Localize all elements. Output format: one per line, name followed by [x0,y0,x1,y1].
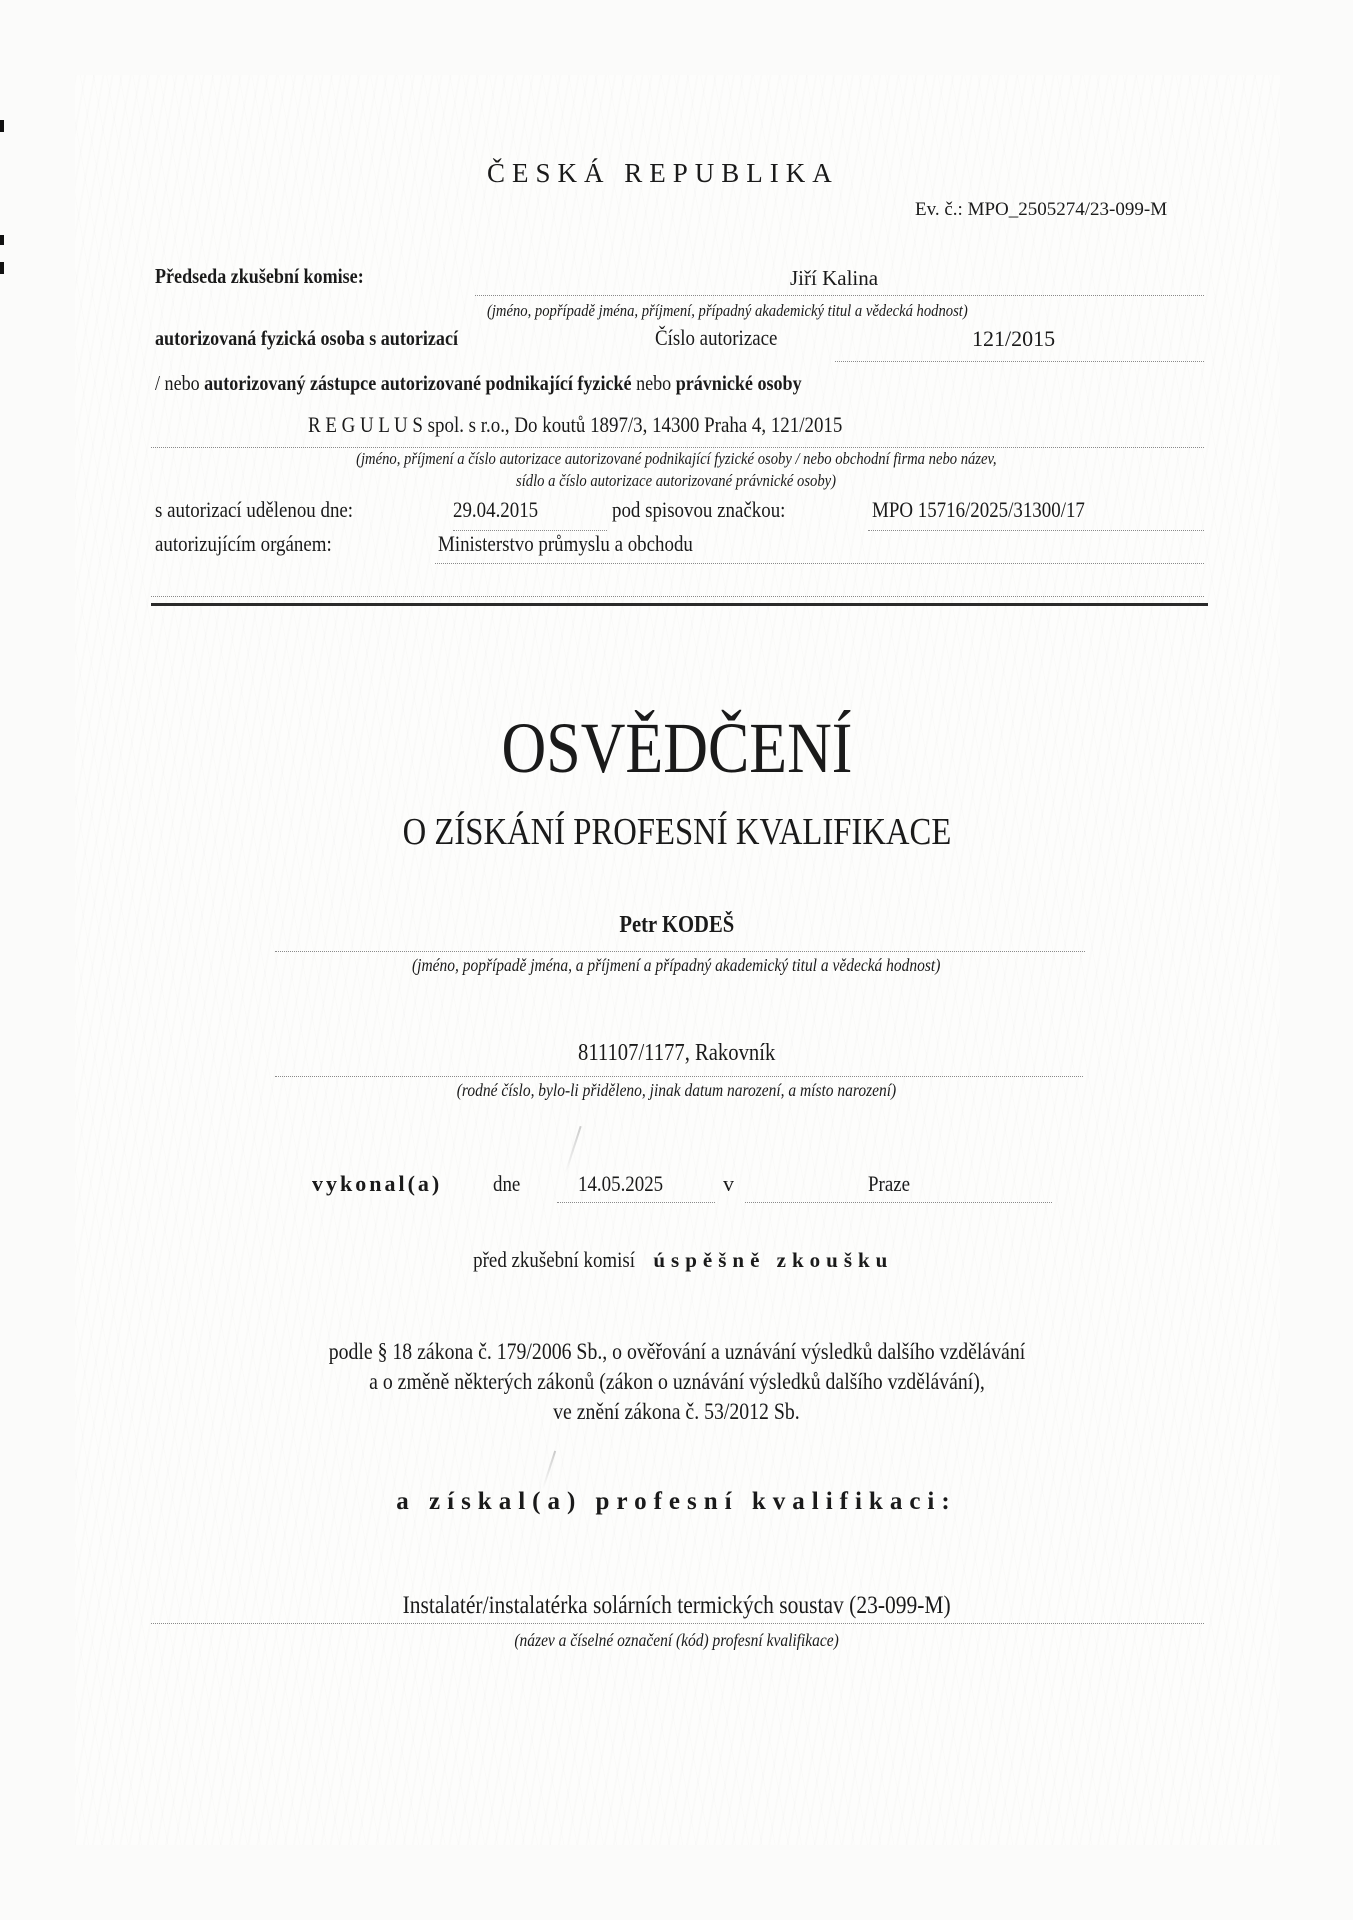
authorization-number-label: Číslo autorizace [655,325,797,351]
exam-place-line [745,1202,1052,1203]
place-label: v [723,1171,734,1197]
separator-rule [151,603,1208,606]
birth-info-hint: (rodné číslo, bylo-li přiděleno, jinak d… [0,1080,1353,1101]
scan-edge-mark [0,120,4,132]
scan-edge-mark [0,262,4,274]
exam-place: Praze [868,1171,917,1197]
birth-info: 811107/1177, Rakovník [0,1040,1353,1067]
file-ref-line [868,530,1204,531]
exam-date-line [557,1202,715,1203]
granted-label: s autorizací udělenou dne: [155,497,385,523]
authority: Ministerstvo průmyslu a obchodu [438,531,734,557]
chair-label: Předseda zkušební komise: [155,264,398,289]
certificate-subtitle: O ZÍSKÁNÍ PROFESNÍ KVALIFIKACE [0,810,1353,854]
obtained-label: a získal(a) profesní kvalifikaci: [0,1488,1353,1516]
organization-hint-2: sídlo a číslo autorizace autorizované pr… [0,471,1353,491]
holder-name: Petr KODEŠ [0,912,1353,939]
certificate-title: OSVĚDČENÍ [0,708,1353,788]
qualification: Instalatér/instalatérka solárních termic… [0,1592,1353,1620]
success-text: úspěšně zkoušku [653,1248,893,1272]
chair-name-hint: (jméno, popřípadě jména, příjmení, přípa… [487,301,1046,321]
qualification-line [151,1623,1204,1624]
exam-date: 14.05.2025 [578,1171,677,1197]
performed-label: vykonal(a) [312,1171,442,1197]
chair-name-line [475,295,1204,296]
authorized-person-label: autorizovaná fyzická osoba s autorizací [155,326,507,351]
authorization-number-line [835,361,1204,362]
representative-line: / nebo autorizovaný zástupce autorizovan… [155,371,907,396]
file-ref-label: pod spisovou značkou: [612,497,814,523]
chair-name: Jiří Kalina [790,266,878,291]
qualification-hint: (název a číselné označení (kód) profesní… [0,1630,1353,1651]
law-line-2: a o změně některých zákonů (zákon o uzná… [0,1369,1353,1395]
file-ref: MPO 15716/2025/31300/17 [872,497,1120,523]
date-label: dne [493,1171,525,1197]
law-line-3: ve znění zákona č. 53/2012 Sb. [0,1399,1353,1425]
authority-line [435,563,1204,564]
organization-line: R E G U L U S spol. s r.o., Do koutů 189… [308,412,929,438]
holder-name-hint: (jméno, popřípadě jména, a příjmení a př… [0,955,1353,976]
authorization-number: 121/2015 [972,326,1055,352]
law-line-1: podle § 18 zákona č. 179/2006 Sb., o ově… [0,1339,1353,1365]
authority-label: autorizujícím orgánem: [155,531,360,557]
separator-dotted [151,596,1204,597]
granted-date: 29.04.2015 [453,497,552,523]
committee-line: před zkušební komisí úspěšně zkoušku [0,1247,1353,1273]
organization-line-underline [151,447,1204,448]
birth-info-line [275,1076,1083,1077]
holder-name-line [275,951,1085,952]
country-heading: ČESKÁ REPUBLIKA [487,158,839,189]
organization-hint-1: (jméno, příjmení a číslo autorizace auto… [0,449,1353,469]
evidence-number: Ev. č.: MPO_2505274/23-099-M [915,199,1167,221]
organization-name: R E G U L U S [308,412,423,437]
scan-edge-mark [0,235,4,245]
